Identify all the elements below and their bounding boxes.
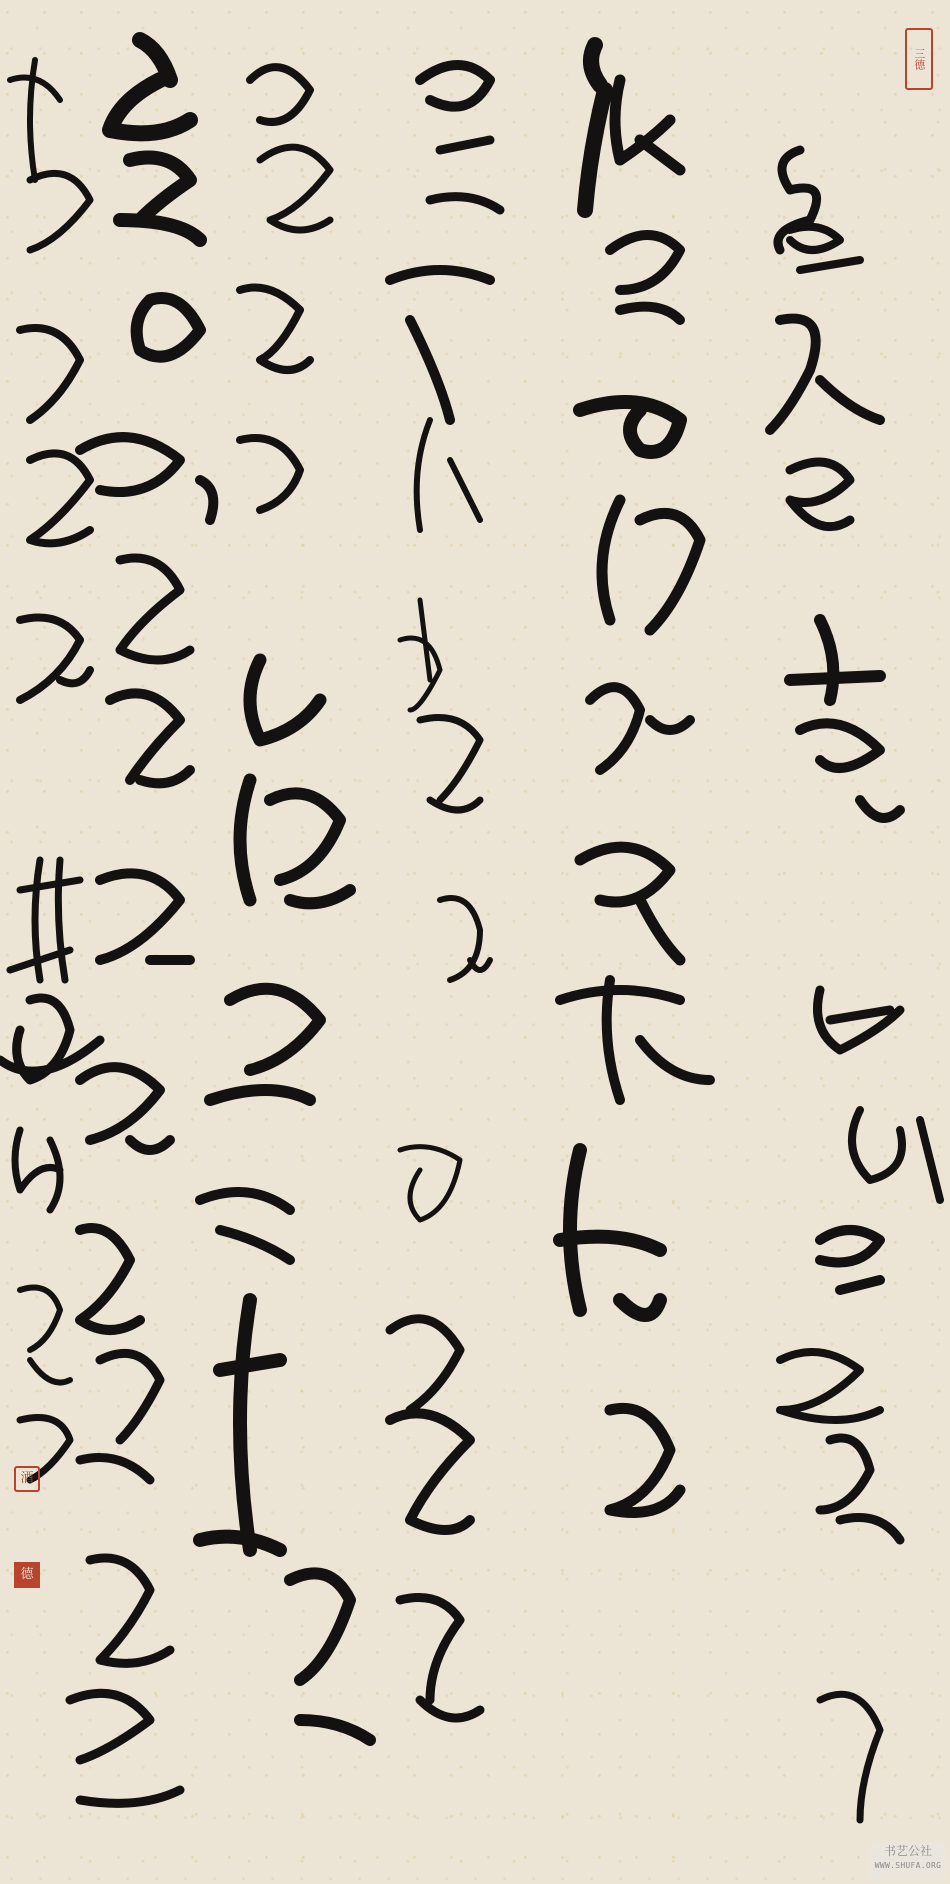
- column-2: [560, 45, 710, 1513]
- seal-signature-1: 酒: [14, 1466, 40, 1492]
- column-6: [10, 60, 90, 700]
- calligraphy-scroll: 三德 酒 德 书艺公社 WWW.SHUFA.ORG: [0, 0, 950, 1884]
- watermark-url: WWW.SHUFA.ORG: [870, 1860, 946, 1872]
- watermark: 书艺公社 WWW.SHUFA.ORG: [870, 1842, 946, 1880]
- signature-column: [0, 860, 100, 1480]
- column-1: [770, 150, 940, 1820]
- column-3: [390, 65, 500, 1718]
- calligraphy-ink-strokes: [0, 0, 950, 1884]
- column-4: [200, 67, 370, 1740]
- seal-top-right: 三德: [905, 28, 933, 90]
- seal-signature-2: 德: [14, 1562, 40, 1588]
- watermark-cn: 书艺公社: [870, 1842, 946, 1860]
- column-5: [70, 40, 213, 1803]
